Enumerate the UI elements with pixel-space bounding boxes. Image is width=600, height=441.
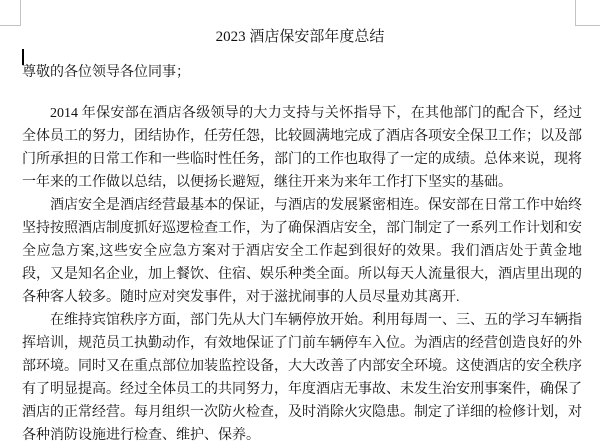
document-title[interactable]: 2023 酒店保安部年度总结 — [0, 26, 600, 48]
paragraph-order-maintenance[interactable]: 在维持宾馆秩序方面，部门先从大门车辆停放开始。利用每周一、三、五的学习车辆指挥培… — [22, 309, 582, 441]
blank-line[interactable] — [22, 84, 582, 102]
document-text-area[interactable]: 尊敬的各位领导各位同事； 2014 年保安部在酒店各级领导的大力支持与关怀指导下… — [22, 61, 582, 441]
margin-crop-mark-top-left — [0, 0, 21, 26]
margin-crop-mark-top-right — [575, 0, 600, 26]
greeting-line[interactable]: 尊敬的各位领导各位同事； — [22, 61, 582, 84]
paragraph-hotel-safety[interactable]: 酒店安全是酒店经营最基本的保证，与酒店的发展紧密相连。保安部在日常工作中始终坚持… — [22, 194, 582, 309]
document-page: 2023 酒店保安部年度总结 尊敬的各位领导各位同事； 2014 年保安部在酒店… — [0, 0, 600, 441]
paragraph-overview[interactable]: 2014 年保安部在酒店各级领导的大力支持与关怀指导下，在其他部门的配合下，经过… — [22, 102, 582, 194]
